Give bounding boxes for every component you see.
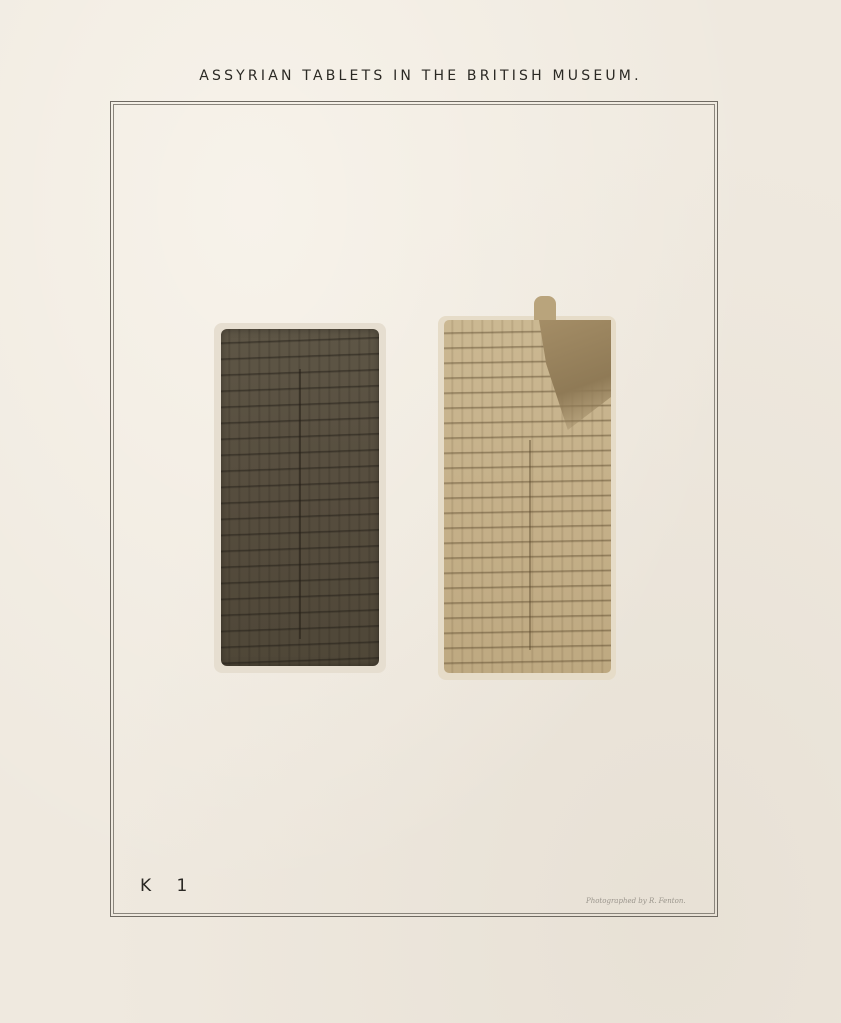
tablet-broken-corner <box>539 320 611 430</box>
tablet-column-divider <box>529 440 531 650</box>
tablet-column-divider <box>299 369 301 639</box>
frame-inner-border <box>113 104 715 914</box>
plate-title: ASSYRIAN TABLETS IN THE BRITISH MUSEUM. <box>0 68 841 84</box>
tablet-reverse-image <box>444 320 611 673</box>
plate-id: K 1 <box>140 876 197 896</box>
photo-credit: Photographed by R. Fenton. <box>586 897 686 905</box>
tablet-obverse-image <box>221 329 379 666</box>
